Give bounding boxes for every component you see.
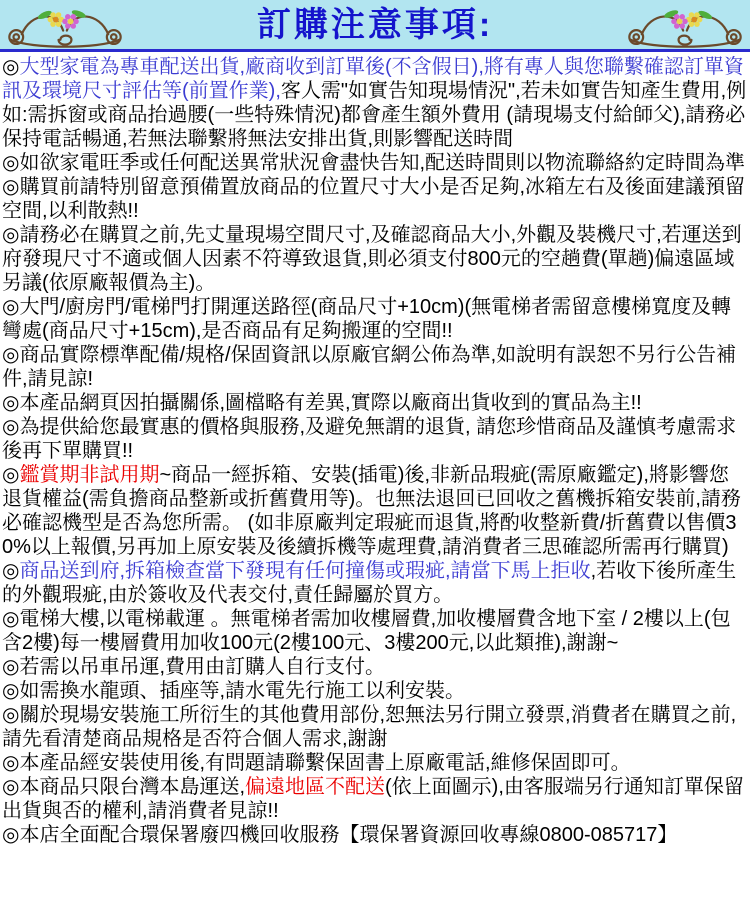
notice-segment-blue: 商品送到府,拆箱檢查當下發現有任何撞傷或瑕疵,請當下馬上拒收	[19, 560, 590, 582]
notice-segment-black: ◎關於現場安裝施工所衍生的其他費用部份,恕無法另行開立發票,消費者在購買之前,請…	[2, 704, 736, 750]
notice-item: ◎商品送到府,拆箱檢查當下發現有任何撞傷或瑕疵,請當下馬上拒收,若收下後所產生的…	[2, 559, 748, 607]
notice-item: ◎如需換水龍頭、插座等,請水電先行施工以利安裝。	[2, 679, 748, 703]
floral-scroll-ornament-icon	[0, 3, 130, 49]
floral-scroll-ornament-icon	[620, 3, 750, 49]
notice-segment-black: ◎	[2, 56, 19, 78]
notice-segment-black: ◎本產品網頁因拍攝關係,圖檔略有差異,實際以廠商出貨收到的實品為主!!	[2, 392, 642, 414]
pink-flower	[62, 14, 79, 29]
notice-item: ◎關於現場安裝施工所衍生的其他費用部份,恕無法另行開立發票,消費者在購買之前,請…	[2, 703, 748, 751]
notice-item: ◎本店全面配合環保署廢四機回收服務【環保署資源回收專線0800-085717】	[2, 823, 748, 847]
notice-segment-black: ◎如欲家電旺季或任何配送異常狀況會盡快告知,配送時間則以物流聯絡約定時間為準	[2, 152, 745, 174]
notice-item: ◎本商品只限台灣本島運送,偏遠地區不配送(依上面圖示),由客服端另行通知訂單保留…	[2, 775, 748, 823]
notice-segment-red: 鑑賞期非試用期	[19, 464, 159, 486]
notice-item: ◎為提供給您最實惠的價格與服務,及避免無謂的退貨, 請您珍惜商品及謹慎考慮需求後…	[2, 415, 748, 463]
notice-item: ◎商品實際標準配備/規格/保固資訊以原廠官網公佈為準,如說明有誤恕不另行公告補件…	[2, 343, 748, 391]
notice-item: ◎大型家電為專車配送出貨,廠商收到訂單後(不含假日),將有專人與您聯繫確認訂單資…	[2, 55, 748, 151]
notice-list: ◎大型家電為專車配送出貨,廠商收到訂單後(不含假日),將有專人與您聯繫確認訂單資…	[0, 52, 750, 847]
notice-segment-black: ◎為提供給您最實惠的價格與服務,及避免無謂的退貨, 請您珍惜商品及謹慎考慮需求後…	[2, 416, 736, 462]
notice-item: ◎本產品網頁因拍攝關係,圖檔略有差異,實際以廠商出貨收到的實品為主!!	[2, 391, 748, 415]
notice-item: ◎請務必在購買之前,先丈量現場空間尺寸,及確認商品大小,外觀及裝機尺寸,若運送到…	[2, 223, 748, 295]
notice-segment-black: ◎本商品只限台灣本島運送,	[2, 776, 245, 798]
notice-item: ◎若需以吊車吊運,費用由訂購人自行支付。	[2, 655, 748, 679]
notice-item: ◎大門/廚房門/電梯門打開運送路徑(商品尺寸+10cm)(無電梯者需留意樓梯寬度…	[2, 295, 748, 343]
notice-segment-black: ◎如需換水龍頭、插座等,請水電先行施工以利安裝。	[2, 680, 465, 702]
notice-segment-black: ◎電梯大樓,以電梯載運 。無電梯者需加收樓層費,加收樓層費含地下室 / 2樓以上…	[2, 608, 731, 654]
page-header: 訂購注意事項:	[0, 0, 750, 52]
notice-segment-black: ◎	[2, 464, 19, 486]
notice-segment-black: ◎大門/廚房門/電梯門打開運送路徑(商品尺寸+10cm)(無電梯者需留意樓梯寬度…	[2, 296, 731, 342]
notice-item: ◎本產品經安裝使用後,有問題請聯繫保固書上原廠電話,維修保固即可。	[2, 751, 748, 775]
notice-segment-black: ◎購買前請特別留意預備置放商品的位置尺寸大小是否足夠,冰箱左右及後面建議預留空間…	[2, 176, 745, 222]
page-title: 訂購注意事項:	[130, 2, 620, 48]
notice-segment-black: ◎	[2, 560, 19, 582]
notice-segment-red: 偏遠地區不配送	[245, 776, 385, 798]
notice-segment-black: ◎商品實際標準配備/規格/保固資訊以原廠官網公佈為準,如說明有誤恕不另行公告補件…	[2, 344, 736, 390]
notice-segment-black: ◎若需以吊車吊運,費用由訂購人自行支付。	[2, 656, 385, 678]
notice-segment-black: ◎本產品經安裝使用後,有問題請聯繫保固書上原廠電話,維修保固即可。	[2, 752, 631, 774]
order-notice-page: 訂購注意事項:	[0, 0, 750, 899]
notice-item: ◎電梯大樓,以電梯載運 。無電梯者需加收樓層費,加收樓層費含地下室 / 2樓以上…	[2, 607, 748, 655]
notice-item: ◎購買前請特別留意預備置放商品的位置尺寸大小是否足夠,冰箱左右及後面建議預留空間…	[2, 175, 748, 223]
notice-segment-black: ◎請務必在購買之前,先丈量現場空間尺寸,及確認商品大小,外觀及裝機尺寸,若運送到…	[2, 224, 742, 294]
notice-item: ◎如欲家電旺季或任何配送異常狀況會盡快告知,配送時間則以物流聯絡約定時間為準	[2, 151, 748, 175]
notice-item: ◎鑑賞期非試用期~商品一經拆箱、安裝(插電)後,非新品瑕疵(需原廠鑑定),將影響…	[2, 463, 748, 559]
pink-flower	[671, 14, 688, 29]
notice-segment-black: ◎本店全面配合環保署廢四機回收服務【環保署資源回收專線0800-085717】	[2, 824, 677, 846]
